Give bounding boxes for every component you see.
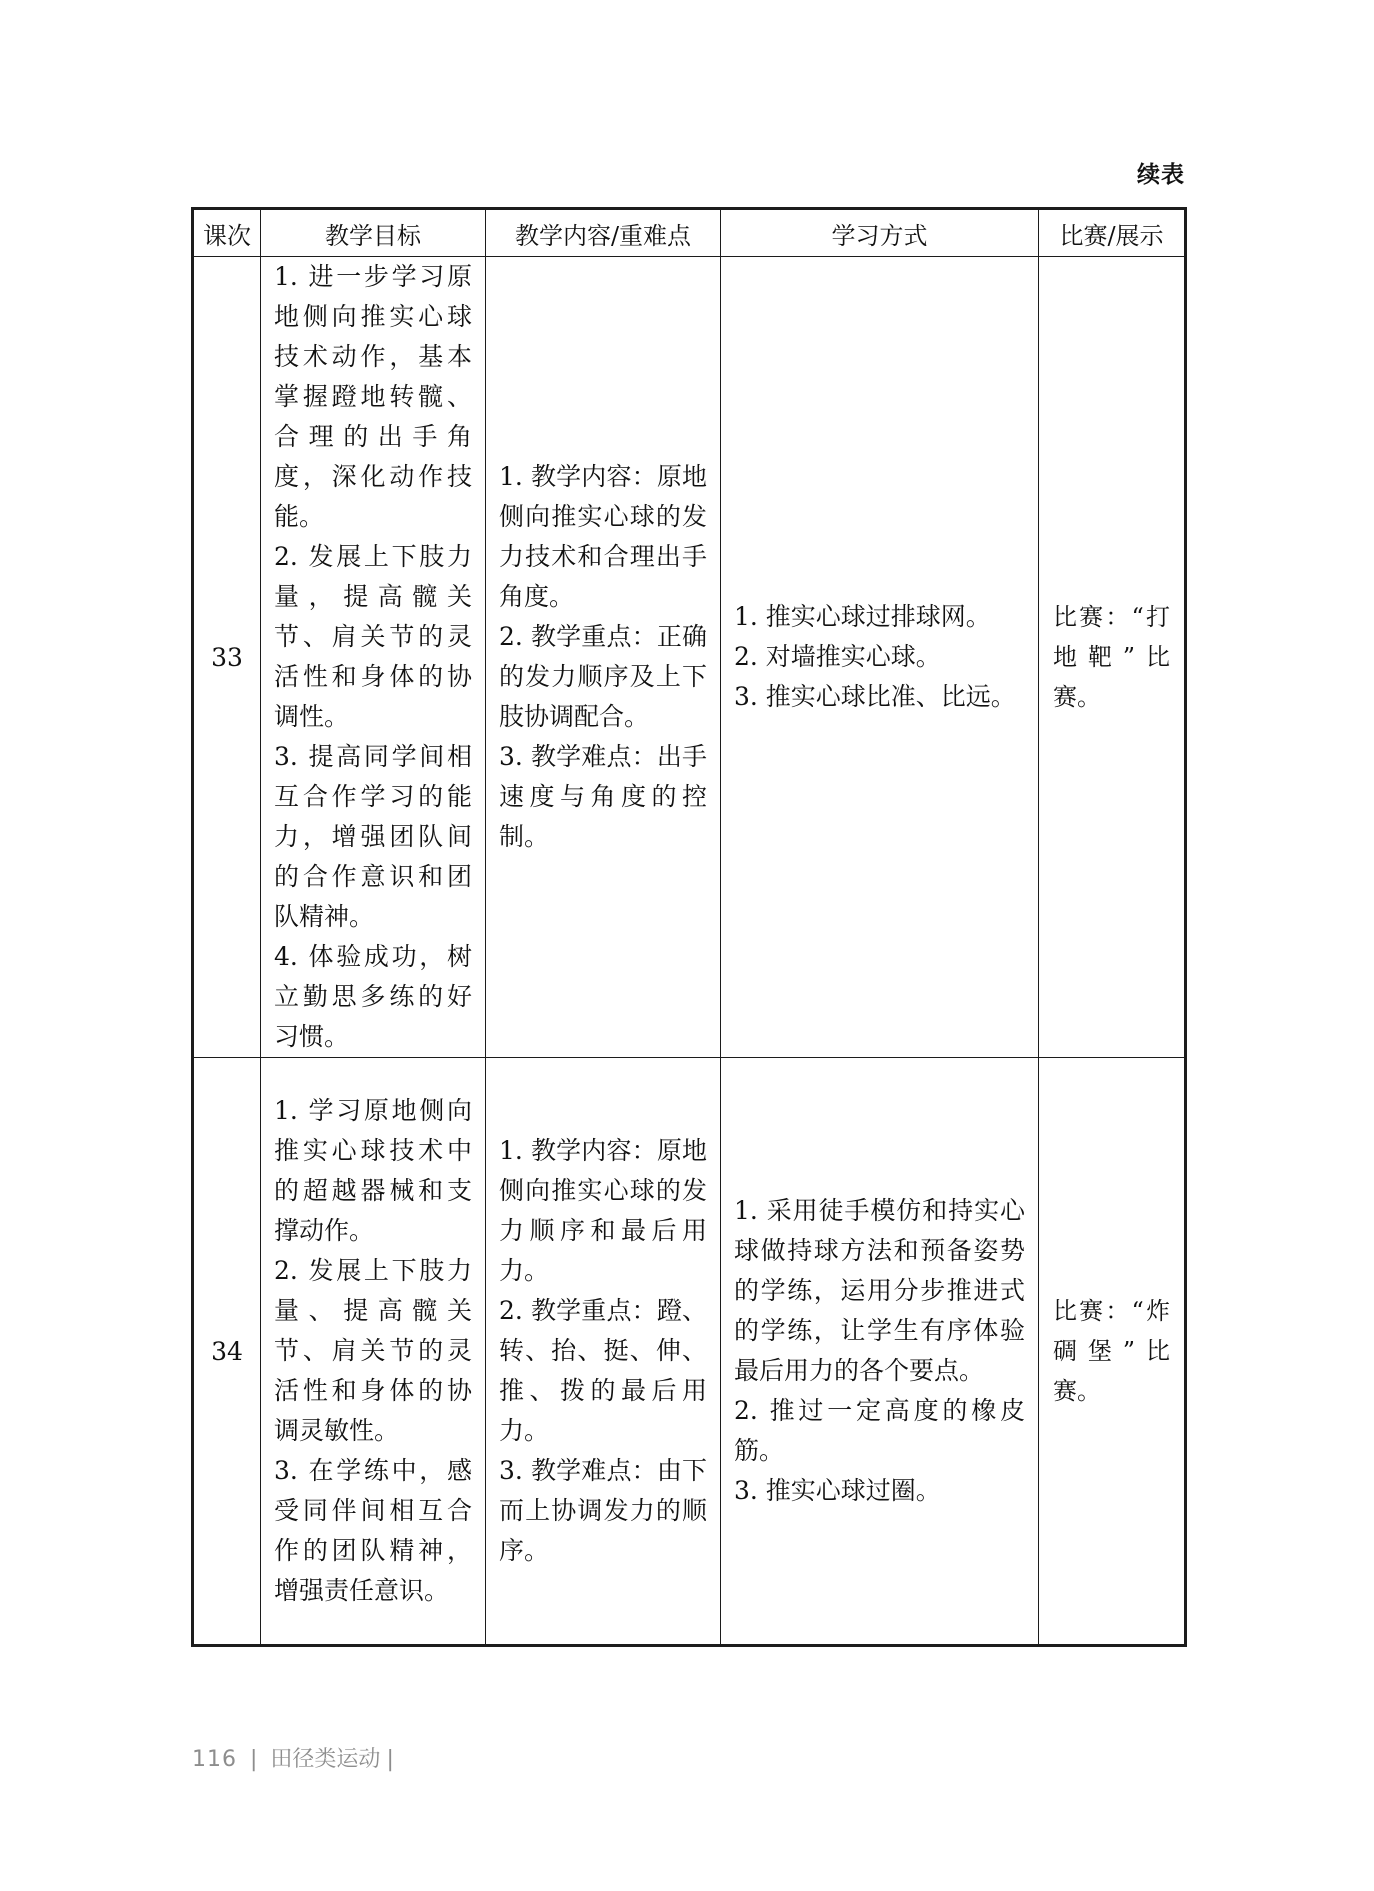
objective-item: 2. 发展上下肢力量，提高髋关节、肩关节的灵活性和身体的协调性。 [274, 537, 472, 737]
method-item: 2. 对墙推实心球。 [734, 637, 1025, 677]
header-lesson-number: 课次 [193, 209, 261, 257]
content-item: 1. 教学内容：原地侧向推实心球的发力技术和合理出手角度。 [499, 457, 707, 617]
cell-competition: 比赛：“打地靶”比赛。 [1039, 257, 1186, 1058]
cell-competition: 比赛：“炸碉堡”比赛。 [1039, 1058, 1186, 1646]
method-item: 3. 推实心球过圈。 [734, 1471, 1025, 1511]
content-item: 3. 教学难点：出手速度与角度的控制。 [499, 737, 707, 857]
footer-section-title: 田径类运动 [270, 1747, 380, 1772]
cell-lesson-number: 34 [193, 1058, 261, 1646]
objective-item: 4. 体验成功，树立勤思多练的好习惯。 [274, 937, 472, 1057]
content-item: 1. 教学内容：原地侧向推实心球的发力顺序和最后用力。 [499, 1131, 707, 1291]
footer-divider: | [250, 1747, 257, 1772]
table-row-lesson-34: 34 1. 学习原地侧向推实心球技术中的超越器械和支撑动作。 2. 发展上下肢力… [193, 1058, 1186, 1646]
lesson-number: 34 [211, 1337, 243, 1366]
objective-item: 3. 在学练中，感受同伴间相互合作的团队精神，增强责任意识。 [274, 1451, 472, 1611]
cell-objectives: 1. 进一步学习原地侧向推实心球技术动作，基本掌握蹬地转髋、合理的出手角度，深化… [261, 257, 486, 1058]
cell-content: 1. 教学内容：原地侧向推实心球的发力技术和合理出手角度。 2. 教学重点：正确… [486, 257, 721, 1058]
footer-trailing-divider: | [386, 1747, 393, 1772]
method-item: 2. 推过一定高度的橡皮筋。 [734, 1391, 1025, 1471]
cell-methods: 1. 采用徒手模仿和持实心球做持球方法和预备姿势的学练，运用分步推进式的学练，让… [721, 1058, 1039, 1646]
method-item: 3. 推实心球比准、比远。 [734, 677, 1025, 717]
header-row: 课次 教学目标 教学内容/重难点 学习方式 比赛/展示 [193, 209, 1186, 257]
objective-item: 1. 进一步学习原地侧向推实心球技术动作，基本掌握蹬地转髋、合理的出手角度，深化… [274, 257, 472, 537]
header-competition-display: 比赛/展示 [1039, 209, 1186, 257]
method-item: 1. 采用徒手模仿和持实心球做持球方法和预备姿势的学练，运用分步推进式的学练，让… [734, 1191, 1025, 1391]
objective-item: 2. 发展上下肢力量、提高髋关节、肩关节的灵活性和身体的协调灵敏性。 [274, 1251, 472, 1451]
competition-text: 比赛：“打地靶”比赛。 [1053, 597, 1170, 717]
objective-item: 3. 提高同学间相互合作学习的能力，增强团队间的合作意识和团队精神。 [274, 737, 472, 937]
book-page: 续表 课次 教学目标 教学内容/重难点 学习方式 比赛/展示 33 [0, 0, 1374, 1891]
header-learning-methods: 学习方式 [721, 209, 1039, 257]
table-row-lesson-33: 33 1. 进一步学习原地侧向推实心球技术动作，基本掌握蹬地转髋、合理的出手角度… [193, 257, 1186, 1058]
cell-lesson-number: 33 [193, 257, 261, 1058]
continued-table-label: 续表 [1137, 156, 1185, 189]
lesson-number: 33 [211, 643, 243, 672]
content-item: 2. 教学重点：蹬、转、抬、挺、伸、推、拨的最后用力。 [499, 1291, 707, 1451]
cell-methods: 1. 推实心球过排球网。 2. 对墙推实心球。 3. 推实心球比准、比远。 [721, 257, 1039, 1058]
lesson-plan-table: 课次 教学目标 教学内容/重难点 学习方式 比赛/展示 33 1. 进一步学习原… [191, 207, 1187, 1647]
objective-item: 1. 学习原地侧向推实心球技术中的超越器械和支撑动作。 [274, 1091, 472, 1251]
content-item: 3. 教学难点：由下而上协调发力的顺序。 [499, 1451, 707, 1571]
page-footer: 116|田径类运动| [192, 1742, 394, 1773]
cell-content: 1. 教学内容：原地侧向推实心球的发力顺序和最后用力。 2. 教学重点：蹬、转、… [486, 1058, 721, 1646]
header-teaching-content: 教学内容/重难点 [486, 209, 721, 257]
cell-objectives: 1. 学习原地侧向推实心球技术中的超越器械和支撑动作。 2. 发展上下肢力量、提… [261, 1058, 486, 1646]
method-item: 1. 推实心球过排球网。 [734, 597, 1025, 637]
page-number: 116 [192, 1747, 237, 1772]
header-teaching-objectives: 教学目标 [261, 209, 486, 257]
content-item: 2. 教学重点：正确的发力顺序及上下肢协调配合。 [499, 617, 707, 737]
competition-text: 比赛：“炸碉堡”比赛。 [1053, 1291, 1170, 1411]
